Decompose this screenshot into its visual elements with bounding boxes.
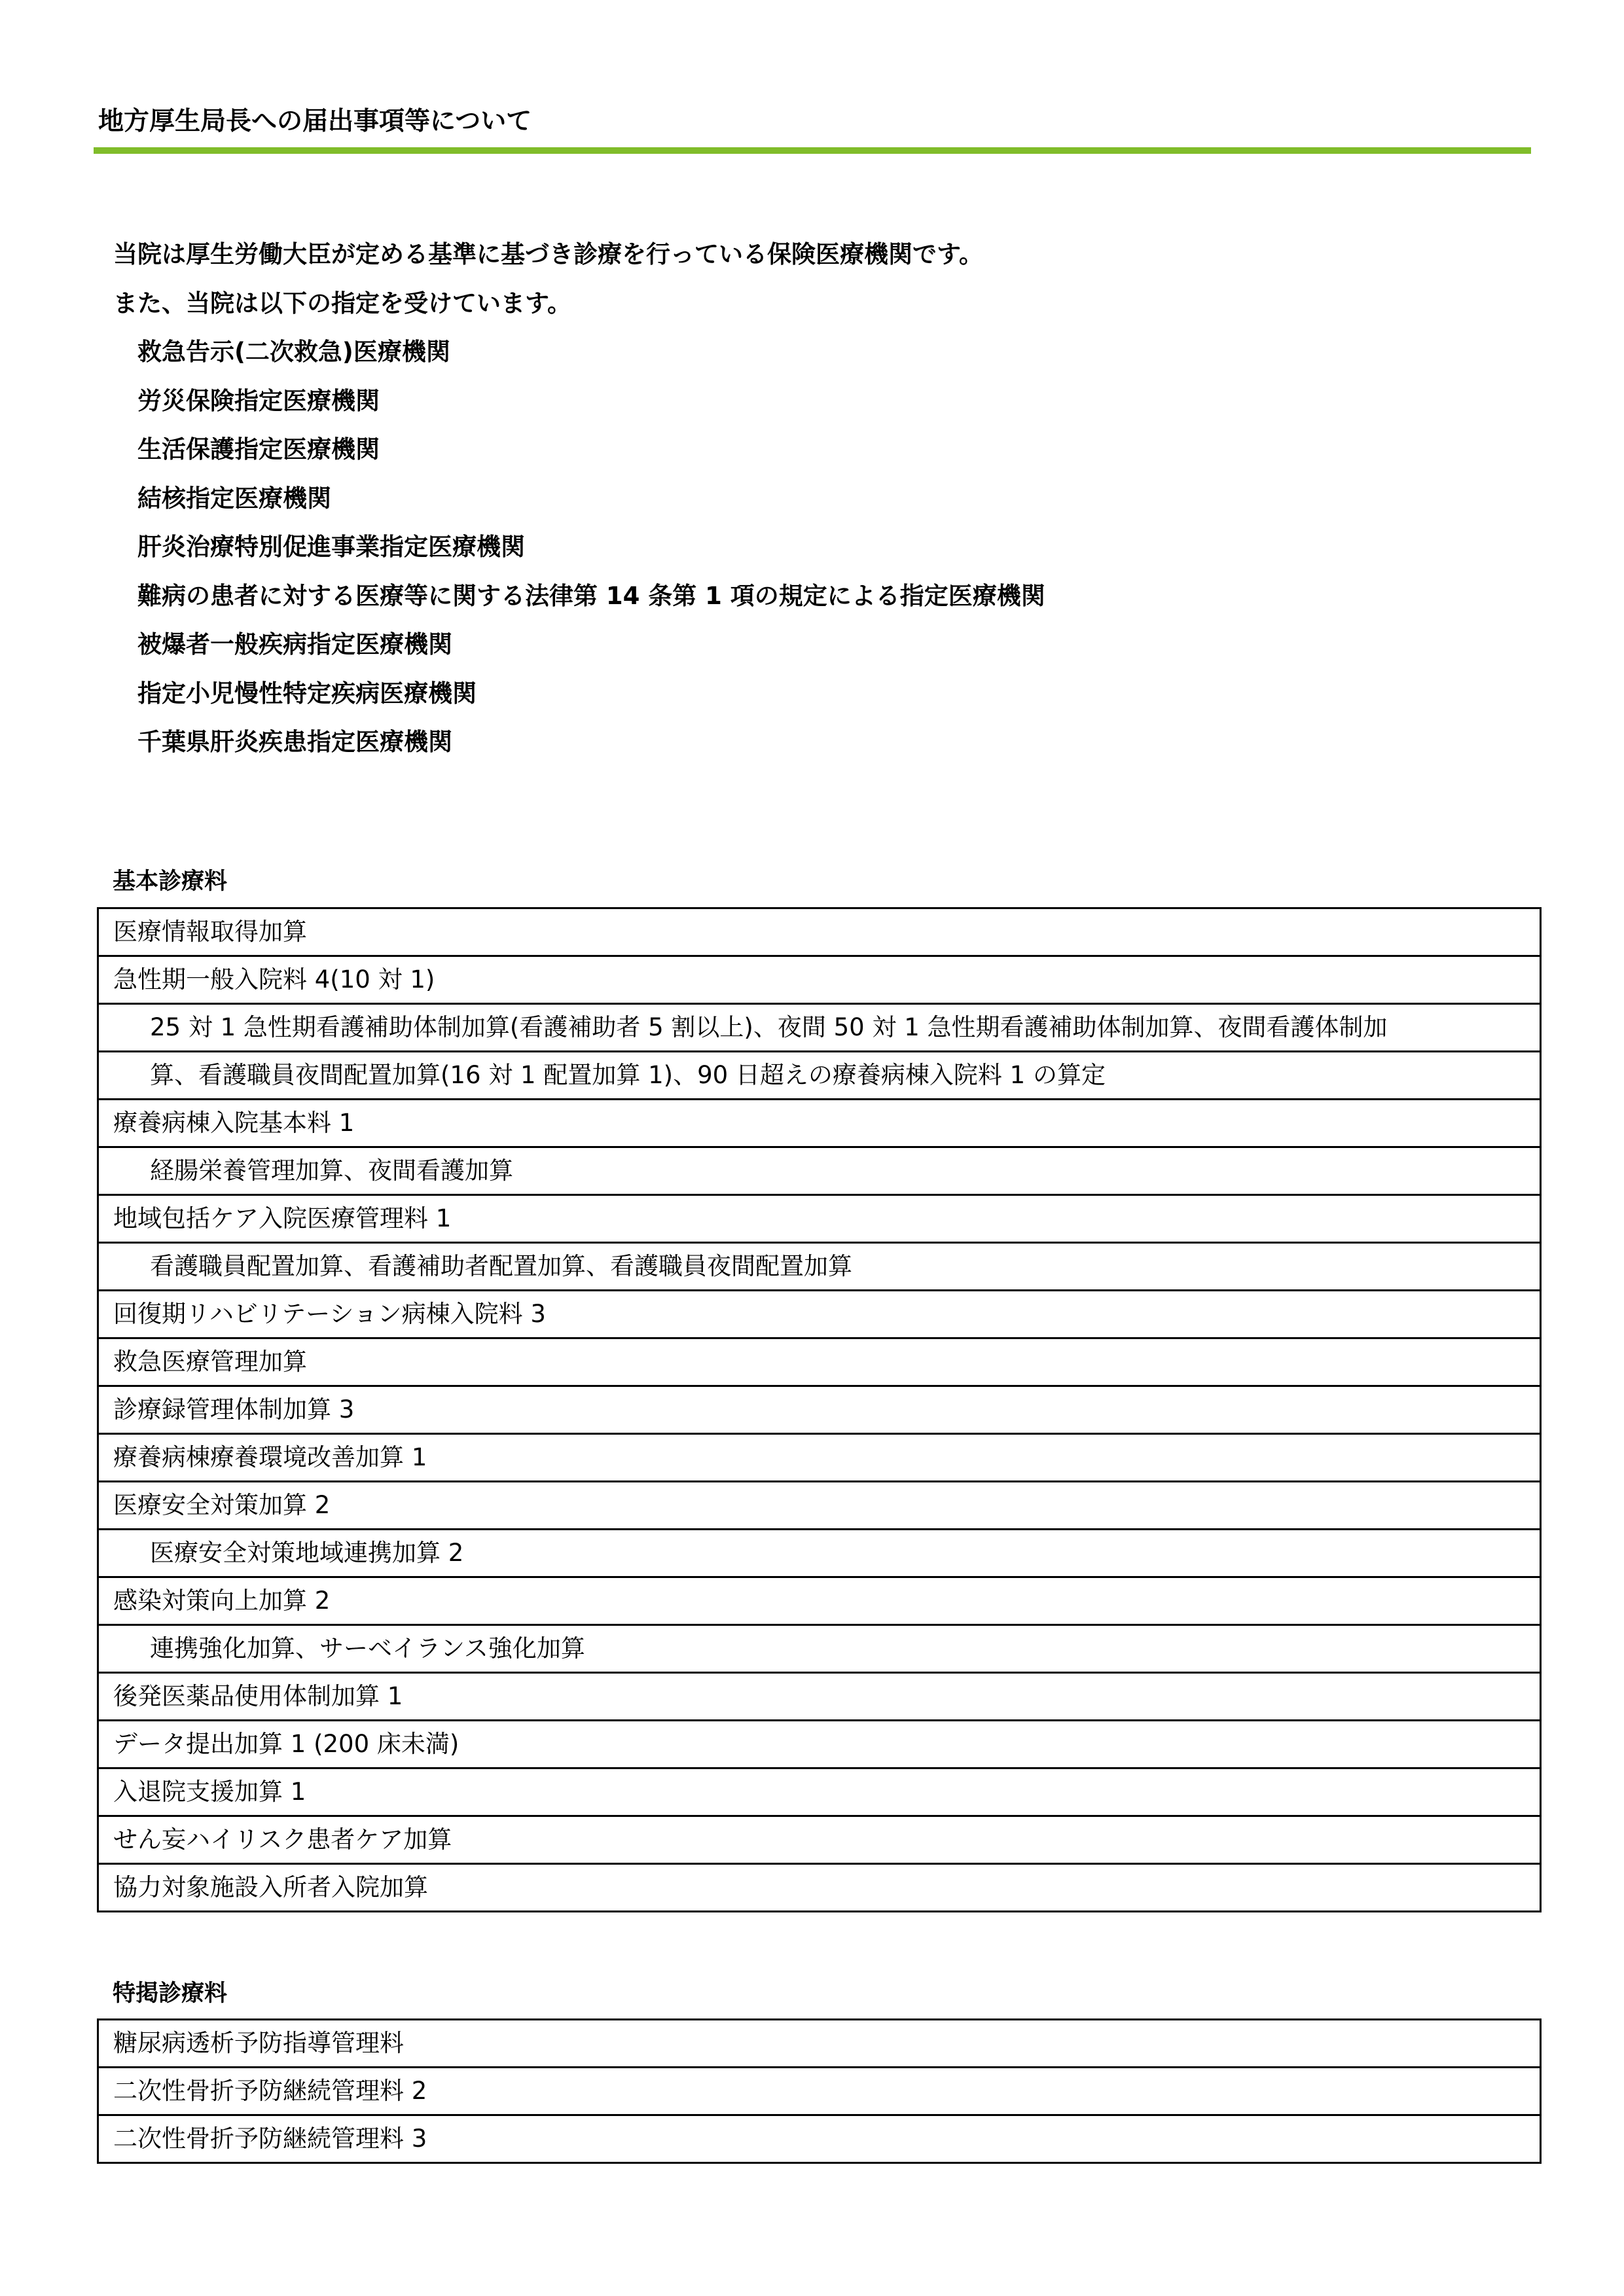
table-cell: 糖尿病透析予防指導管理料 xyxy=(98,2020,1541,2068)
designation-item: 肝炎治療特別促進事業指定医療機関 xyxy=(113,523,1045,572)
table-row: 療養病棟入院基本料 1 xyxy=(98,1100,1541,1147)
designation-item: 指定小児慢性特定疾病医療機関 xyxy=(113,670,1045,719)
table-cell: 25 対 1 急性期看護補助体制加算(看護補助者 5 割以上)、夜間 50 対 … xyxy=(98,1004,1541,1052)
table-row: 後発医薬品使用体制加算 1 xyxy=(98,1673,1541,1721)
table-row: 25 対 1 急性期看護補助体制加算(看護補助者 5 割以上)、夜間 50 対 … xyxy=(98,1004,1541,1052)
table-cell: 救急医療管理加算 xyxy=(98,1338,1541,1386)
table-row: 医療安全対策地域連携加算 2 xyxy=(98,1530,1541,1577)
table-row: 入退院支援加算 1 xyxy=(98,1768,1541,1816)
section-heading-specific-fees: 特掲診療料 xyxy=(113,1977,227,2010)
table-cell: 経腸栄養管理加算、夜間看護加算 xyxy=(98,1147,1541,1195)
table-row: 急性期一般入院料 4(10 対 1) xyxy=(98,956,1541,1004)
designation-item: 結核指定医療機関 xyxy=(113,475,1045,524)
table-row: 算、看護職員夜間配置加算(16 対 1 配置加算 1)、90 日超えの療養病棟入… xyxy=(98,1052,1541,1100)
table-cell: 地域包括ケア入院医療管理料 1 xyxy=(98,1195,1541,1243)
table-cell: 回復期リハビリテーション病棟入院料 3 xyxy=(98,1291,1541,1338)
designation-item: 被爆者一般疾病指定医療機関 xyxy=(113,620,1045,670)
table-row: せん妄ハイリスク患者ケア加算 xyxy=(98,1816,1541,1864)
table-cell: 医療安全対策地域連携加算 2 xyxy=(98,1530,1541,1577)
table-cell: データ提出加算 1 (200 床未満) xyxy=(98,1721,1541,1768)
designation-item: 難病の患者に対する医療等に関する法律第 14 条第 1 項の規定による指定医療機… xyxy=(113,572,1045,621)
designation-item: 救急告示(二次救急)医療機関 xyxy=(113,328,1045,377)
table-cell: 入退院支援加算 1 xyxy=(98,1768,1541,1816)
table-cell: 療養病棟療養環境改善加算 1 xyxy=(98,1434,1541,1482)
table-row: 回復期リハビリテーション病棟入院料 3 xyxy=(98,1291,1541,1338)
intro-block: 当院は厚生労働大臣が定める基準に基づき診療を行っている保険医療機関です。 また、… xyxy=(113,230,1045,767)
table-cell: 二次性骨折予防継続管理料 2 xyxy=(98,2068,1541,2115)
intro-statement: 当院は厚生労働大臣が定める基準に基づき診療を行っている保険医療機関です。 xyxy=(113,230,1045,279)
table-cell: 診療録管理体制加算 3 xyxy=(98,1386,1541,1434)
table-row: 連携強化加算、サーベイランス強化加算 xyxy=(98,1625,1541,1673)
table-cell: 医療情報取得加算 xyxy=(98,908,1541,956)
table-row: 救急医療管理加算 xyxy=(98,1338,1541,1386)
table-cell: 感染対策向上加算 2 xyxy=(98,1577,1541,1625)
table-row: 糖尿病透析予防指導管理料 xyxy=(98,2020,1541,2068)
table-cell: 二次性骨折予防継続管理料 3 xyxy=(98,2115,1541,2163)
table-row: 診療録管理体制加算 3 xyxy=(98,1386,1541,1434)
table-row: 療養病棟療養環境改善加算 1 xyxy=(98,1434,1541,1482)
table-row: データ提出加算 1 (200 床未満) xyxy=(98,1721,1541,1768)
designations-lead: また、当院は以下の指定を受けています。 xyxy=(113,279,1045,329)
designation-item: 生活保護指定医療機関 xyxy=(113,425,1045,475)
designation-item: 千葉県肝炎疾患指定医療機関 xyxy=(113,718,1045,767)
designation-item: 労災保険指定医療機関 xyxy=(113,377,1045,426)
table-row: 看護職員配置加算、看護補助者配置加算、看護職員夜間配置加算 xyxy=(98,1243,1541,1291)
table-cell: 医療安全対策加算 2 xyxy=(98,1482,1541,1530)
table-cell: 後発医薬品使用体制加算 1 xyxy=(98,1673,1541,1721)
basic-fees-table: 医療情報取得加算 急性期一般入院料 4(10 対 1) 25 対 1 急性期看護… xyxy=(97,907,1542,1912)
page-title: 地方厚生局長への届出事項等について xyxy=(98,105,532,139)
table-row: 二次性骨折予防継続管理料 2 xyxy=(98,2068,1541,2115)
table-row: 協力対象施設入所者入院加算 xyxy=(98,1864,1541,1912)
table-row: 経腸栄養管理加算、夜間看護加算 xyxy=(98,1147,1541,1195)
table-row: 医療情報取得加算 xyxy=(98,908,1541,956)
table-cell: 看護職員配置加算、看護補助者配置加算、看護職員夜間配置加算 xyxy=(98,1243,1541,1291)
table-cell: 算、看護職員夜間配置加算(16 対 1 配置加算 1)、90 日超えの療養病棟入… xyxy=(98,1052,1541,1100)
section-heading-basic-fees: 基本診療料 xyxy=(113,865,227,898)
title-divider xyxy=(94,147,1531,154)
table-row: 二次性骨折予防継続管理料 3 xyxy=(98,2115,1541,2163)
table-cell: せん妄ハイリスク患者ケア加算 xyxy=(98,1816,1541,1864)
table-cell: 協力対象施設入所者入院加算 xyxy=(98,1864,1541,1912)
specific-fees-table: 糖尿病透析予防指導管理料 二次性骨折予防継続管理料 2 二次性骨折予防継続管理料… xyxy=(97,2018,1542,2164)
table-cell: 連携強化加算、サーベイランス強化加算 xyxy=(98,1625,1541,1673)
table-row: 感染対策向上加算 2 xyxy=(98,1577,1541,1625)
table-row: 地域包括ケア入院医療管理料 1 xyxy=(98,1195,1541,1243)
table-cell: 急性期一般入院料 4(10 対 1) xyxy=(98,956,1541,1004)
table-cell: 療養病棟入院基本料 1 xyxy=(98,1100,1541,1147)
table-row: 医療安全対策加算 2 xyxy=(98,1482,1541,1530)
